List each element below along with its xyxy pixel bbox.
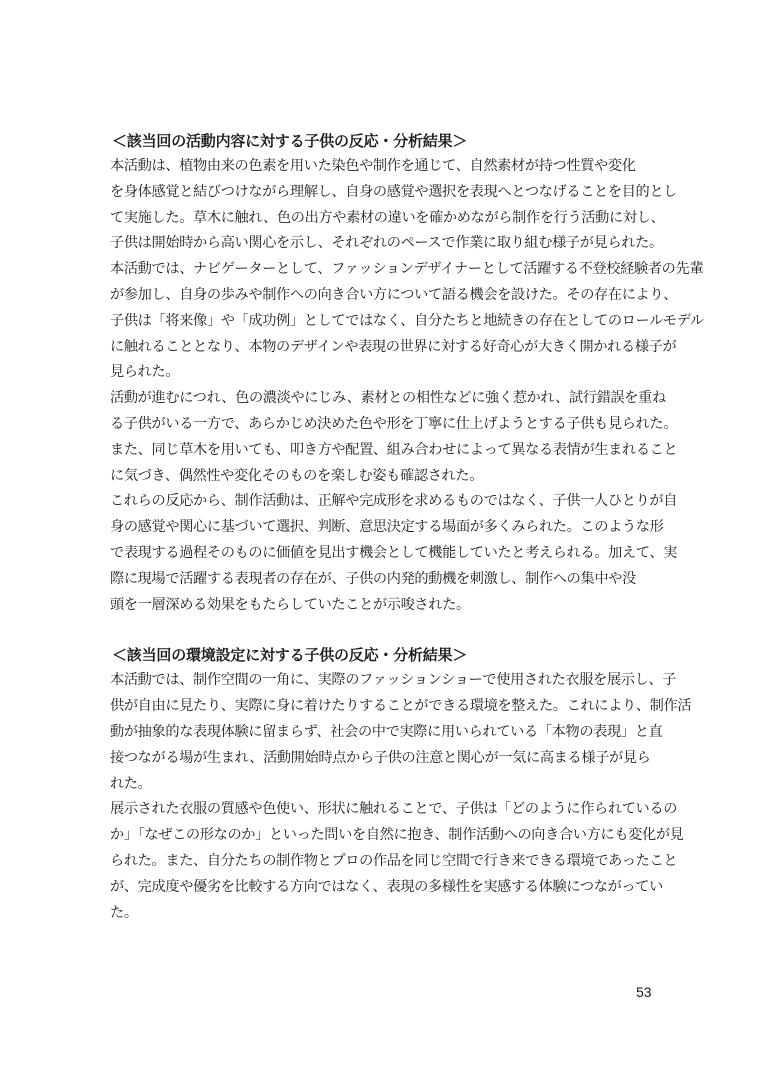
page-number: 53: [636, 984, 652, 1000]
body-line: られた。また、自分たちの制作物とプロの作品を同じ空間で行き来できる環境であったこ…: [110, 849, 660, 875]
body-line: が、完成度や優劣を比較する方向ではなく、表現の多様性を実感する体験につながってい: [110, 875, 660, 901]
body-line: 本活動では、制作空間の一角に、実際のファッションショーで使用された衣服を展示し、…: [110, 668, 660, 694]
page-content: ＜該当回の活動内容に対する子供の反応・分析結果＞ 本活動は、植物由来の色素を用い…: [110, 128, 660, 926]
section-activity-content: ＜該当回の活動内容に対する子供の反応・分析結果＞ 本活動は、植物由来の色素を用い…: [110, 128, 660, 618]
document-page: ＜該当回の活動内容に対する子供の反応・分析結果＞ 本活動は、植物由来の色素を用い…: [0, 0, 768, 1087]
body-line: 供が自由に見たり、実際に身に着けたりすることができる環境を整えた。これにより、制…: [110, 694, 660, 720]
body-line: 活動が進むにつれ、色の濃淡やにじみ、素材との相性などに強く惹かれ、試行錯誤を重ね: [110, 386, 660, 412]
section-body: 本活動では、制作空間の一角に、実際のファッションショーで使用された衣服を展示し、…: [110, 668, 660, 926]
body-line: た。: [110, 901, 660, 927]
body-line: 接つながる場が生まれ、活動開始時点から子供の注意と関心が一気に高まる様子が見ら: [110, 746, 660, 772]
body-line: 展示された衣服の質感や色使い、形状に触れることで、子供は「どのように作られている…: [110, 797, 660, 823]
body-line: て実施した。草木に触れ、色の出方や素材の違いを確かめながら制作を行う活動に対し、: [110, 206, 660, 232]
body-line: 動が抽象的な表現体験に留まらず、社会の中で実際に用いられている「本物の表現」と直: [110, 720, 660, 746]
section-body: 本活動は、植物由来の色素を用いた染色や制作を通じて、自然素材が持つ性質や変化 を…: [110, 154, 660, 618]
section-environment-setting: ＜該当回の環境設定に対する子供の反応・分析結果＞ 本活動では、制作空間の一角に、…: [110, 642, 660, 926]
body-line: る子供がいる一方で、あらかじめ決めた色や形を丁寧に仕上げようとする子供も見られた…: [110, 412, 660, 438]
body-line: 子供は開始時から高い関心を示し、それぞれのペースで作業に取り組む様子が見られた。: [110, 231, 660, 257]
body-line: 見られた。: [110, 360, 660, 386]
body-line: 子供は「将来像」や「成功例」としてではなく、自分たちと地続きの存在としてのロール…: [110, 309, 660, 335]
section-heading: ＜該当回の環境設定に対する子供の反応・分析結果＞: [110, 642, 660, 668]
body-line: 本活動では、ナビゲーターとして、ファッションデザイナーとして活躍する不登校経験者…: [110, 257, 660, 283]
body-line: で表現する過程そのものに価値を見出す機会として機能していたと考えられる。加えて、…: [110, 541, 660, 567]
body-line: に気づき、偶然性や変化そのものを楽しむ姿も確認された。: [110, 464, 660, 490]
body-line: が参加し、自身の歩みや制作への向き合い方について語る機会を設けた。その存在により…: [110, 283, 660, 309]
section-heading: ＜該当回の活動内容に対する子供の反応・分析結果＞: [110, 128, 660, 154]
body-line: を身体感覚と結びつけながら理解し、自身の感覚や選択を表現へとつなげることを目的と…: [110, 180, 660, 206]
body-line: これらの反応から、制作活動は、正解や完成形を求めるものではなく、子供一人ひとりが…: [110, 489, 660, 515]
body-line: 際に現場で活躍する表現者の存在が、子供の内発的動機を刺激し、制作への集中や没: [110, 567, 660, 593]
body-line: れた。: [110, 772, 660, 798]
body-line: 身の感覚や関心に基づいて選択、判断、意思決定する場面が多くみられた。このような形: [110, 515, 660, 541]
body-line: 頭を一層深める効果をもたらしていたことが示唆された。: [110, 593, 660, 619]
body-line: か」「なぜこの形なのか」といった問いを自然に抱き、制作活動への向き合い方にも変化…: [110, 823, 660, 849]
body-line: に触れることとなり、本物のデザインや表現の世界に対する好奇心が大きく開かれる様子…: [110, 335, 660, 361]
body-line: また、同じ草木を用いても、叩き方や配置、組み合わせによって異なる表情が生まれるこ…: [110, 438, 660, 464]
body-line: 本活動は、植物由来の色素を用いた染色や制作を通じて、自然素材が持つ性質や変化: [110, 154, 660, 180]
